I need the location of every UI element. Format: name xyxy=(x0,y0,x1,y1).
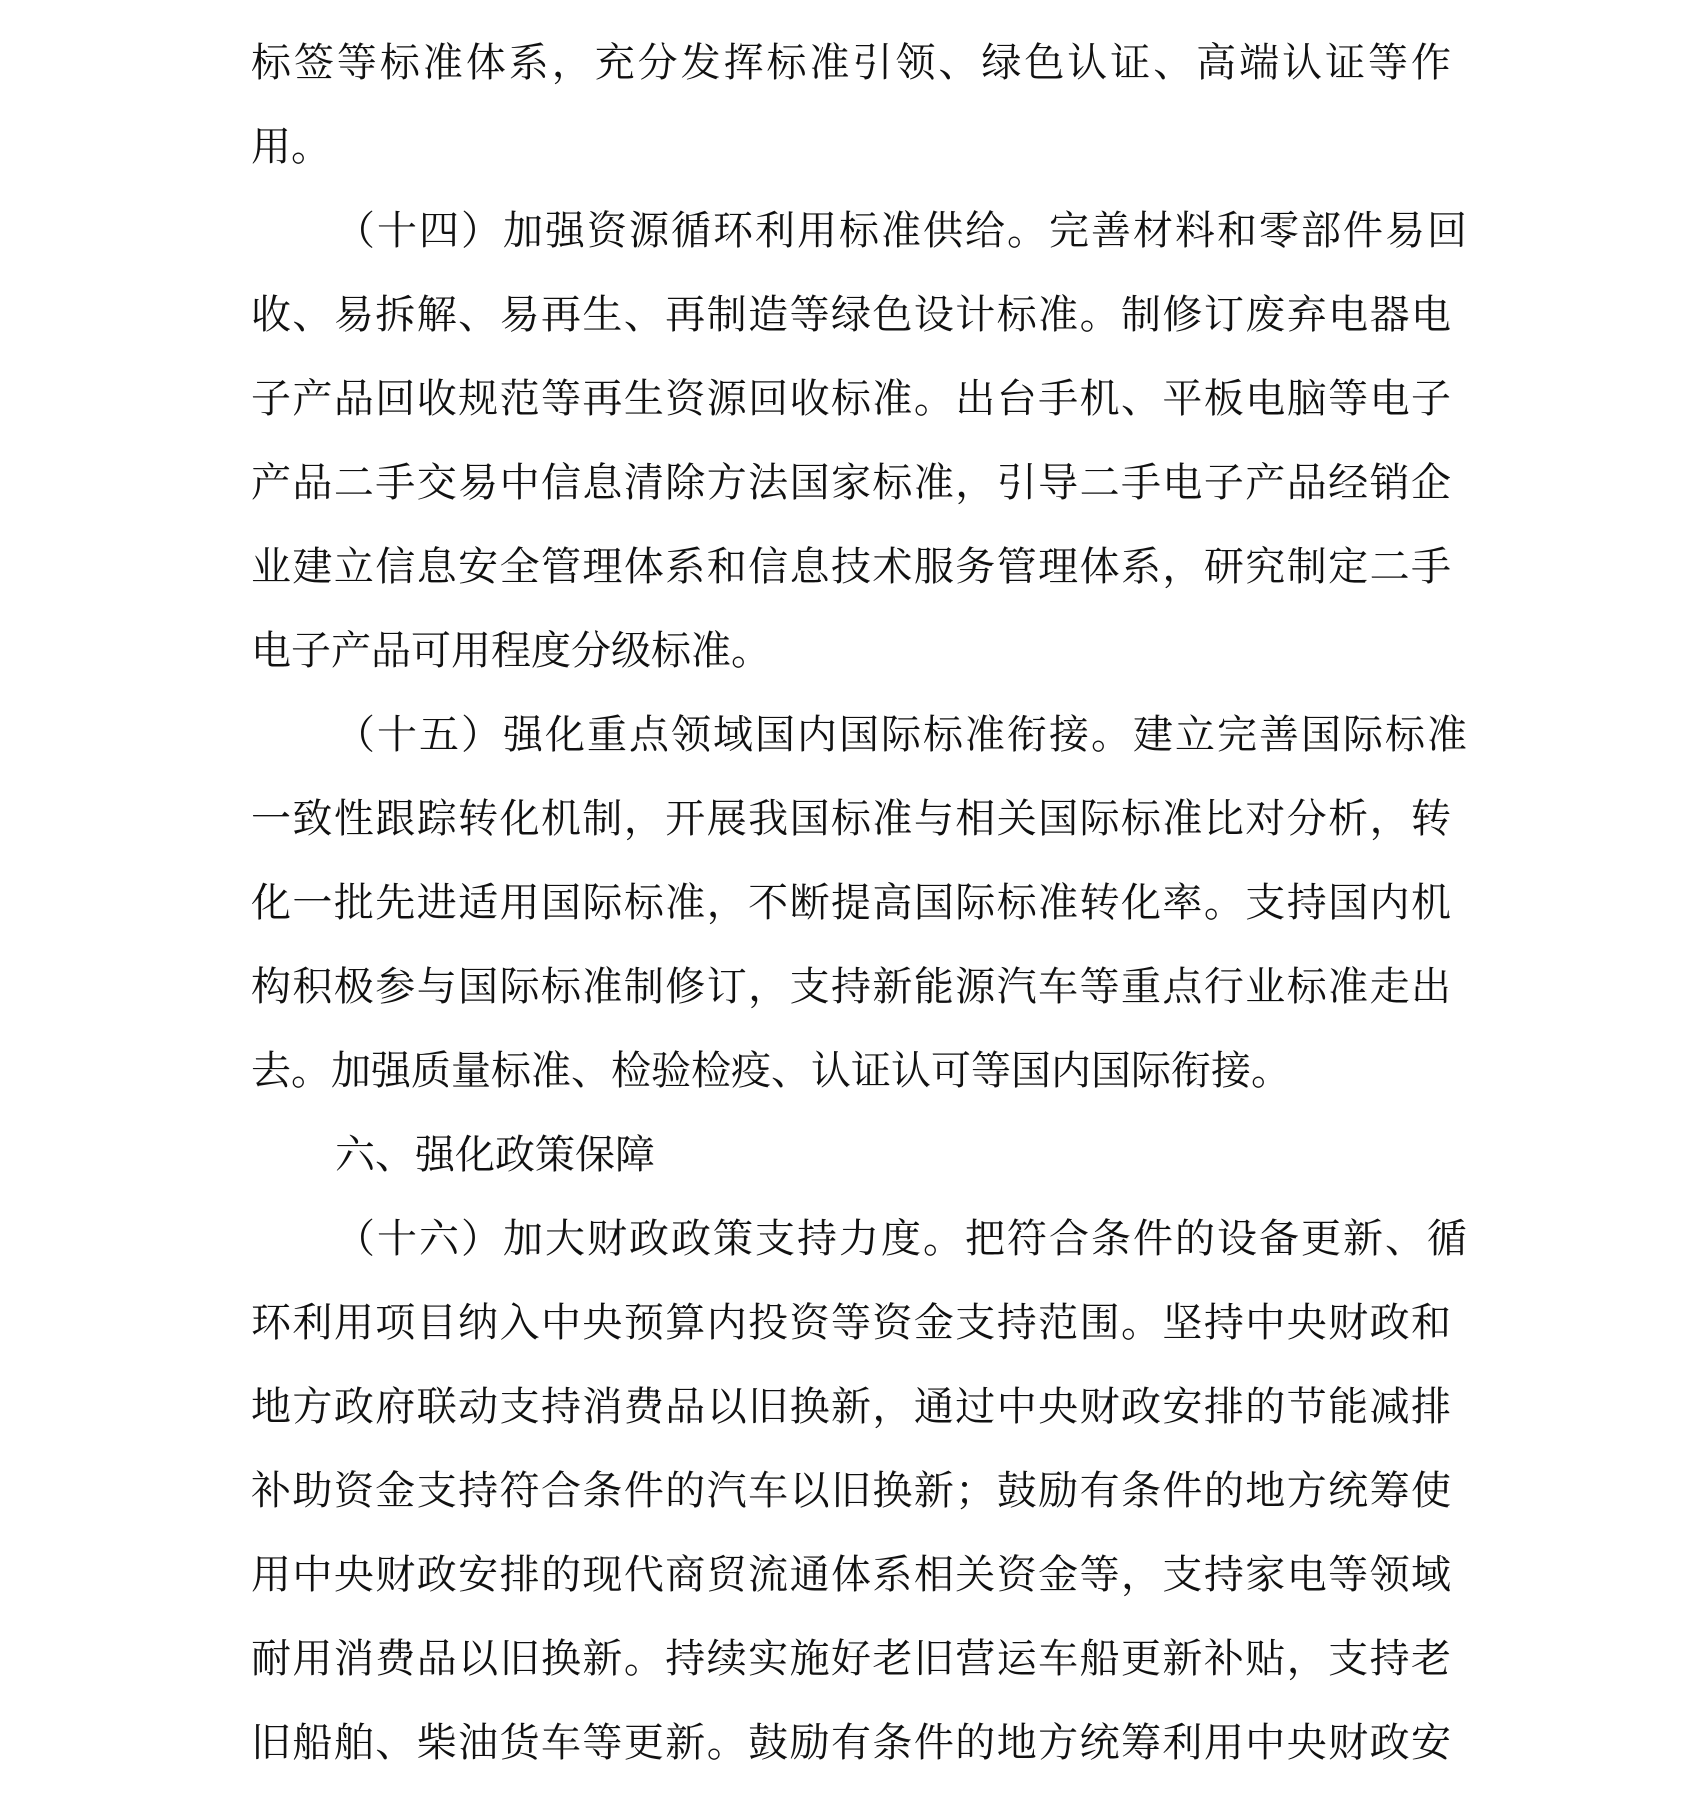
body-line: 构积极参与国际标准制修订，支持新能源汽车等重点行业标准走出 xyxy=(251,957,1451,1017)
document-page: 标签等标准体系，充分发挥标准引领、绿色认证、高端认证等作 用。 （十四）加强资源… xyxy=(0,0,1700,1816)
body-line: 标签等标准体系，充分发挥标准引领、绿色认证、高端认证等作 xyxy=(251,33,1451,93)
section-15-heading-line: （十五）强化重点领域国内国际标准衔接。建立完善国际标准 xyxy=(335,705,1451,765)
body-line: 用。 xyxy=(251,117,331,177)
body-line: 用中央财政安排的现代商贸流通体系相关资金等，支持家电等领域 xyxy=(251,1545,1451,1605)
body-line: 电子产品可用程度分级标准。 xyxy=(251,621,771,681)
body-line: 旧船舶、柴油货车等更新。鼓励有条件的地方统筹利用中央财政安 xyxy=(251,1713,1451,1773)
body-line: 环利用项目纳入中央预算内投资等资金支持范围。坚持中央财政和 xyxy=(251,1293,1451,1353)
body-line: 地方政府联动支持消费品以旧换新，通过中央财政安排的节能减排 xyxy=(251,1377,1451,1437)
body-line: 子产品回收规范等再生资源回收标准。出台手机、平板电脑等电子 xyxy=(251,369,1451,429)
body-line: 化一批先进适用国际标准，不断提高国际标准转化率。支持国内机 xyxy=(251,873,1451,933)
body-line: 去。加强质量标准、检验检疫、认证认可等国内国际衔接。 xyxy=(251,1041,1291,1101)
body-line: 补助资金支持符合条件的汽车以旧换新；鼓励有条件的地方统筹使 xyxy=(251,1461,1451,1521)
chapter-6-heading: 六、强化政策保障 xyxy=(335,1125,655,1185)
section-16-heading-line: （十六）加大财政政策支持力度。把符合条件的设备更新、循 xyxy=(335,1209,1451,1269)
body-line: 收、易拆解、易再生、再制造等绿色设计标准。制修订废弃电器电 xyxy=(251,285,1451,345)
body-line: 业建立信息安全管理体系和信息技术服务管理体系，研究制定二手 xyxy=(251,537,1451,597)
body-line: 耐用消费品以旧换新。持续实施好老旧营运车船更新补贴，支持老 xyxy=(251,1629,1451,1689)
section-14-heading-line: （十四）加强资源循环利用标准供给。完善材料和零部件易回 xyxy=(335,201,1451,261)
body-line: 产品二手交易中信息清除方法国家标准，引导二手电子产品经销企 xyxy=(251,453,1451,513)
body-line: 一致性跟踪转化机制，开展我国标准与相关国际标准比对分析，转 xyxy=(251,789,1451,849)
